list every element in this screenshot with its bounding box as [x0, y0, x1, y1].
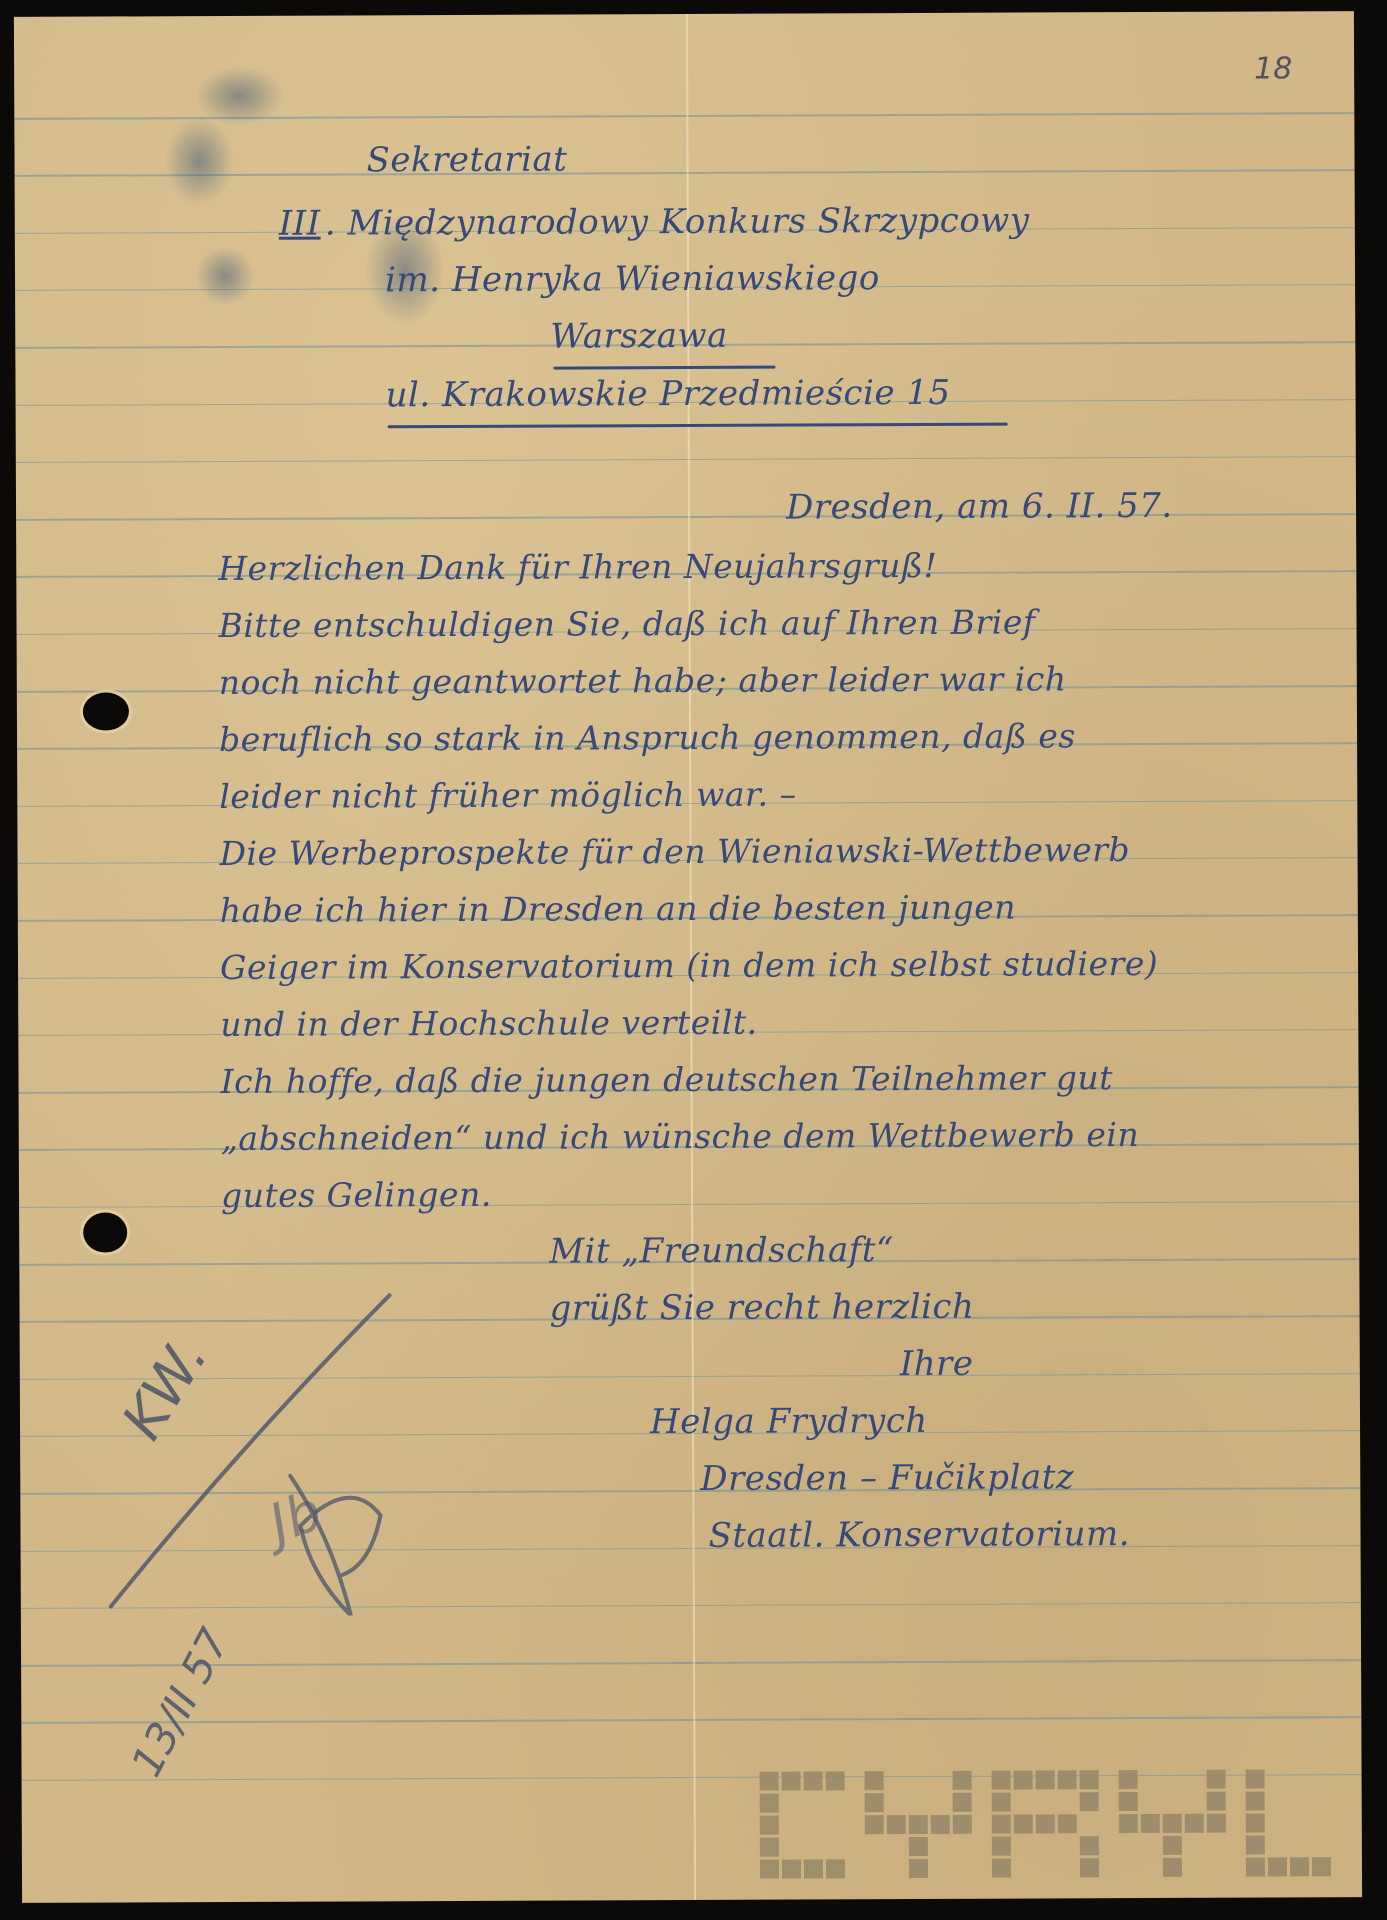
cyryl-watermark — [760, 1769, 1331, 1878]
address-competition-name: . Międzynarodowy Konkurs Skrzypcowy — [325, 201, 1030, 244]
address-street: ul. Krakowskie Przedmieście 15 — [385, 373, 950, 415]
body-line: noch nicht geantwortet habe; aber leider… — [219, 659, 1067, 702]
body-line: beruflich so stark in Anspruch genommen,… — [219, 716, 1076, 759]
city-underline — [553, 366, 775, 370]
ruled-lines — [14, 11, 1354, 17]
body-line: gutes Gelingen. — [221, 1175, 492, 1215]
letter-page: 18 Sekretariat III . Międzynarodowy Konk… — [14, 11, 1362, 1903]
body-line: Bitte entschuldigen Sie, daß ich auf Ihr… — [218, 602, 1035, 645]
page-number: 18 — [1254, 51, 1292, 86]
signature: Helga Frydrych — [650, 1401, 928, 1442]
address-roman-numeral: III — [279, 204, 321, 244]
sender-address-line2: Staatl. Konservatorium. — [708, 1514, 1130, 1556]
watermark-letter-l — [1246, 1769, 1331, 1876]
punch-hole — [83, 1212, 127, 1252]
body-line: habe ich hier in Dresden an die besten j… — [220, 888, 1016, 930]
body-line: Herzlichen Dank für Ihren Neujahrsgruß! — [218, 546, 937, 588]
pencil-slash-mark — [99, 1275, 400, 1616]
body-line: Die Werbeprospekte für den Wieniawski-We… — [219, 830, 1130, 873]
rule-line — [21, 1716, 1361, 1723]
watermark-letter-c — [760, 1771, 845, 1878]
watermark-letter-y — [865, 1771, 972, 1878]
punch-hole — [83, 692, 129, 730]
body-line: und in der Hochschule verteilt. — [220, 1003, 757, 1044]
closing-ihre: Ihre — [900, 1344, 974, 1384]
body-line: „abschneiden“ und ich wünsche dem Wettbe… — [221, 1115, 1140, 1158]
watermark-letter-y — [1119, 1770, 1226, 1877]
ink-smudge — [164, 116, 234, 206]
dateline: Dresden, am 6. II. 57. — [786, 486, 1173, 528]
rule-line — [16, 456, 1356, 463]
closing-greeting: grüßt Sie recht herzlich — [549, 1287, 974, 1329]
body-line: Geiger im Konservatorium (in dem ich sel… — [220, 944, 1158, 987]
address-patron: im. Henryka Wieniawskiego — [385, 258, 880, 300]
address-secretariat: Sekretariat — [366, 140, 567, 181]
watermark-letter-r — [992, 1770, 1099, 1877]
sender-address-line1: Dresden – Fučikplatz — [700, 1457, 1074, 1499]
pencil-date: 13/II 57 — [122, 1621, 239, 1785]
closing-salutation: Mit „Freundschaft“ — [549, 1230, 894, 1272]
address-city: Warszawa — [550, 316, 728, 357]
body-line: Ich hoffe, daß die jungen deutschen Teil… — [220, 1058, 1113, 1101]
ink-smudge — [195, 246, 255, 306]
street-underline — [388, 423, 1008, 429]
body-line: leider nicht früher möglich war. – — [219, 775, 796, 817]
